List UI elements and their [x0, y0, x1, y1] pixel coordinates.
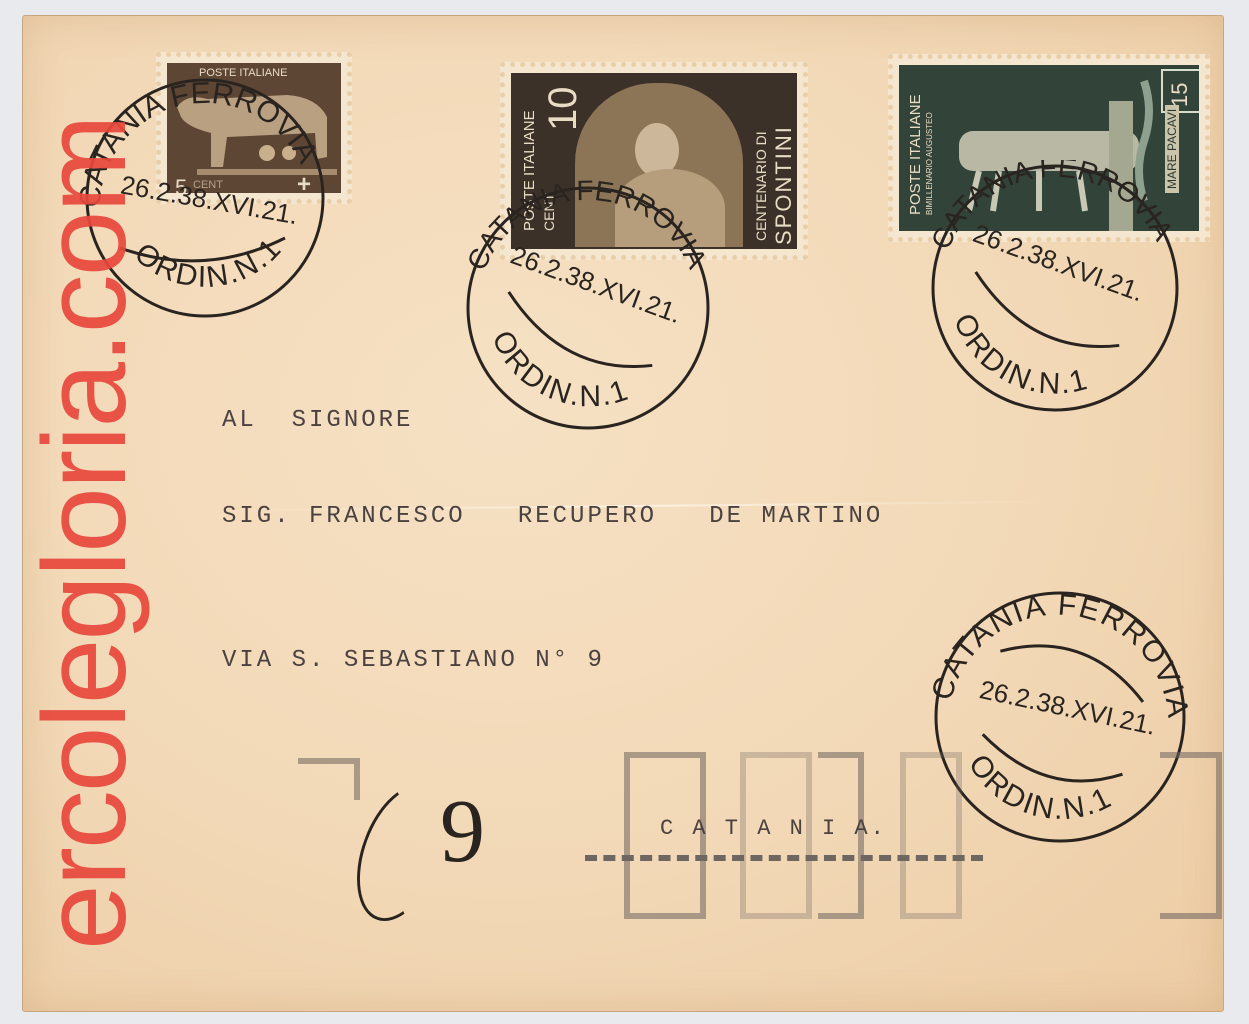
watermark: ercolegloria.com	[26, 116, 144, 950]
cancel-mark	[1160, 752, 1222, 919]
circled-number: 9	[440, 780, 485, 883]
cancel-mark	[900, 752, 962, 919]
city-underline	[585, 855, 983, 861]
stamp-value: 10	[541, 87, 586, 132]
destination-city: C A T A N I A.	[660, 816, 887, 841]
address-line-1: AL SIGNORE	[222, 407, 413, 434]
address-line-3: VIA S. SEBASTIANO N° 9	[222, 647, 605, 674]
cancel-mark	[298, 758, 360, 800]
svg-text:ORDIN.N.1: ORDIN.N.1	[954, 744, 1125, 840]
svg-text:26.2.38.XVI.21.: 26.2.38.XVI.21.	[969, 218, 1148, 307]
address-line-2: SIG. FRANCESCO RECUPERO DE MARTINO	[222, 503, 883, 530]
stamp-title-1: CENTENARIO DI	[753, 131, 769, 241]
svg-text:ORDIN.N.1: ORDIN.N.1	[472, 318, 645, 433]
postmark-2: CATANIA FERROVIA ORDIN.N.1 26.2.38.XVI.2…	[458, 180, 718, 435]
postmark-4: CATANIA FERROVIA ORDIN.N.1 26.2.38.XVI.2…	[928, 585, 1193, 850]
svg-text:26.2.38.XVI.21.: 26.2.38.XVI.21.	[507, 240, 686, 329]
stamp-title-2: SPONTINI	[771, 125, 797, 245]
stamp-value: 15	[1167, 83, 1193, 107]
svg-text:26.2.38.XVI.21.: 26.2.38.XVI.21.	[977, 674, 1159, 741]
svg-text:CATANIA FERROVIA: CATANIA FERROVIA	[460, 180, 718, 345]
postmark-3: CATANIA FERROVIA ORDIN.N.1 26.2.38.XVI.2…	[920, 160, 1190, 415]
svg-text:CATANIA FERROVIA: CATANIA FERROVIA	[924, 160, 1190, 324]
svg-text:ORDIN.N.1: ORDIN.N.1	[128, 231, 288, 294]
